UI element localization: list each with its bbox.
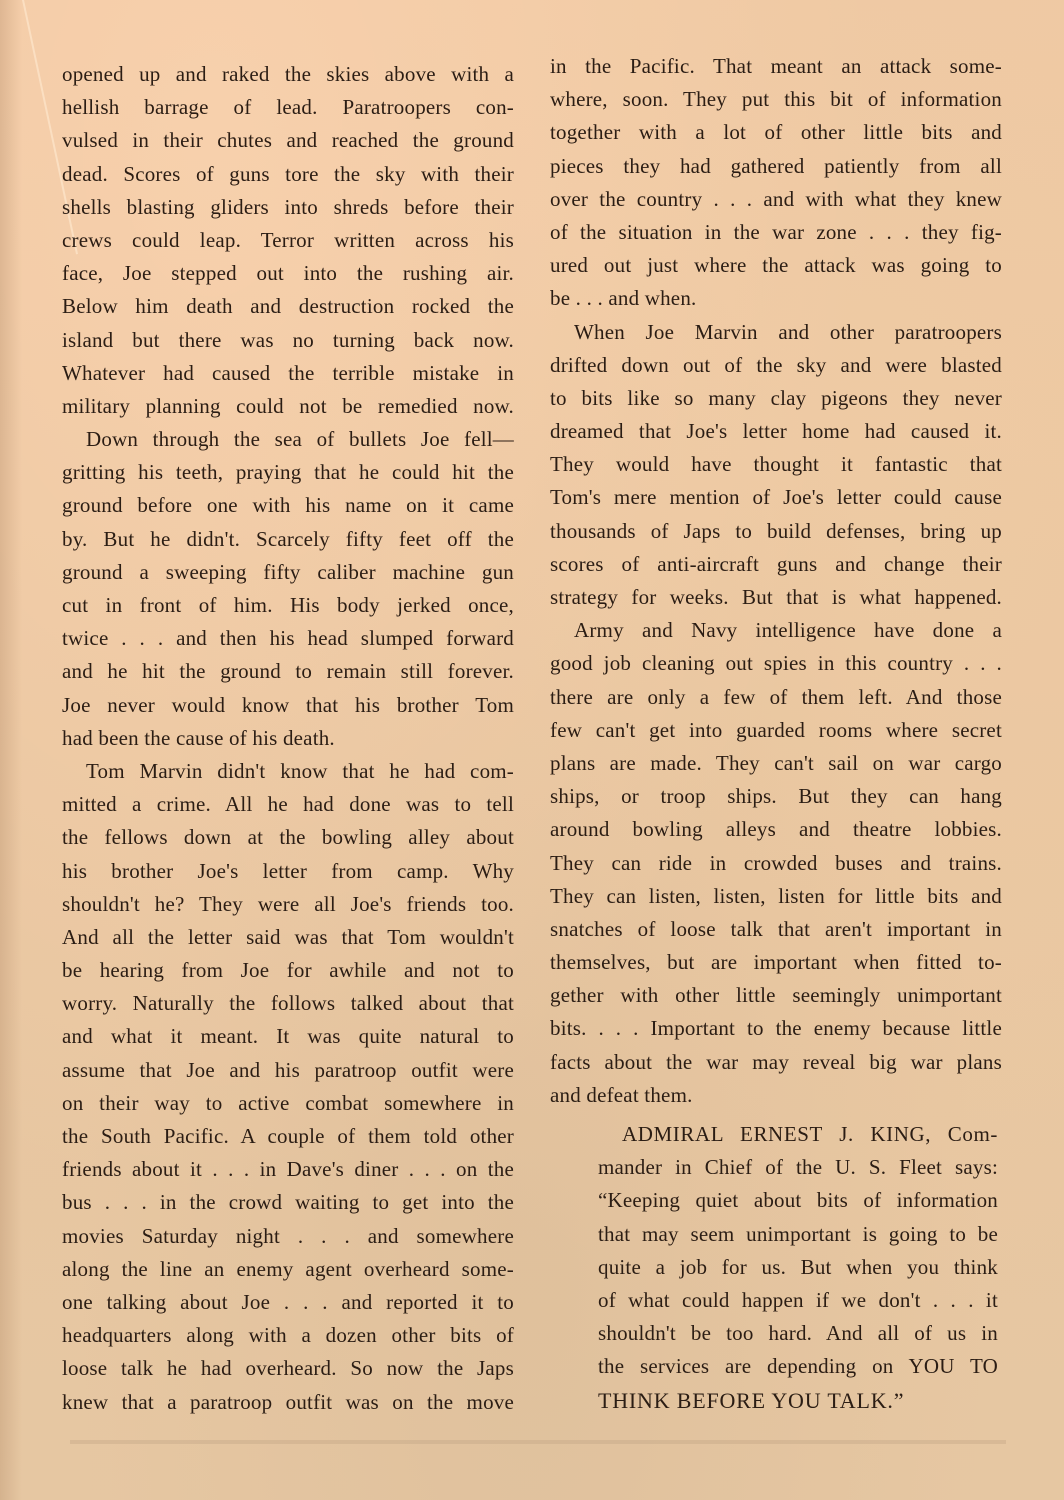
text-line: military planning could not be remedied … — [62, 390, 514, 423]
paragraph: When Joe Marvin and other paratroopers d… — [550, 316, 1002, 615]
quote-line: ADMIRAL ERNEST J. KING, Com- — [598, 1118, 998, 1151]
text-line: along the line an enemy agent overheard … — [62, 1253, 514, 1286]
text-line: mitted a crime. All he had done was to t… — [62, 788, 514, 821]
text-line: Tom Marvin didn't know that he had com- — [62, 755, 514, 788]
text-line: twice . . . and then his head slumped fo… — [62, 622, 514, 655]
text-line: by. But he didn't. Scarcely fifty feet o… — [62, 523, 514, 556]
text-line: there are only a few of them left. And t… — [550, 681, 1002, 714]
text-line: strategy for weeks. But that is what hap… — [550, 581, 1002, 614]
text-line: vulsed in their chutes and reached the g… — [62, 124, 514, 157]
text-line: to bits like so many clay pigeons they n… — [550, 382, 1002, 415]
text-line: be . . . and when. — [550, 282, 1002, 315]
quote-line: quite a job for us. But when you think — [598, 1251, 998, 1284]
text-line: plans are made. They can't sail on war c… — [550, 747, 1002, 780]
text-line: face, Joe stepped out into the rushing a… — [62, 257, 514, 290]
text-line: knew that a paratroop outfit was on the … — [62, 1386, 514, 1419]
text-line: and he hit the ground to remain still fo… — [62, 655, 514, 688]
text-line: in the Pacific. That meant an attack som… — [550, 50, 1002, 83]
text-line: and what it meant. It was quite natural … — [62, 1020, 514, 1053]
text-line: When Joe Marvin and other paratroopers — [550, 316, 1002, 349]
left-column: opened up and raked the skies above with… — [62, 58, 514, 1419]
text-line: one talking about Joe . . . and reported… — [62, 1286, 514, 1319]
text-line: good job cleaning out spies in this coun… — [550, 647, 1002, 680]
paragraph: Tom Marvin didn't know that he had com- … — [62, 755, 514, 1419]
text-line: ground a sweeping fifty caliber machine … — [62, 556, 514, 589]
paragraph: in the Pacific. That meant an attack som… — [550, 50, 1002, 316]
text-line: crews could leap. Terror written across … — [62, 224, 514, 257]
quote-line: mander in Chief of the U. S. Fleet says: — [598, 1151, 998, 1184]
text-line: shells blasting gliders into shreds befo… — [62, 191, 514, 224]
text-line: ground before one with his name on it ca… — [62, 489, 514, 522]
text-line: Joe never would know that his brother To… — [62, 689, 514, 722]
text-line: drifted down out of the sky and were bla… — [550, 349, 1002, 382]
paragraph: Down through the sea of bullets Joe fell… — [62, 423, 514, 755]
text-line: movies Saturday night . . . and somewher… — [62, 1220, 514, 1253]
text-line: headquarters along with a dozen other bi… — [62, 1319, 514, 1352]
text-line: his brother Joe's letter from camp. Why — [62, 855, 514, 888]
text-line: They would have thought it fantastic tha… — [550, 448, 1002, 481]
text-line: around bowling alleys and theatre lobbie… — [550, 813, 1002, 846]
paragraph: opened up and raked the skies above with… — [62, 58, 514, 423]
text-line: worry. Naturally the follows talked abou… — [62, 987, 514, 1020]
text-line: shouldn't he? They were all Joe's friend… — [62, 888, 514, 921]
text-line: island but there was no turning back now… — [62, 324, 514, 357]
right-column: in the Pacific. That meant an attack som… — [550, 50, 1002, 1417]
text-line: bits. . . . Important to the enemy becau… — [550, 1012, 1002, 1045]
text-line: ured out just where the attack was going… — [550, 249, 1002, 282]
text-line: the fellows down at the bowling alley ab… — [62, 821, 514, 854]
text-line: themselves, but are important when fitte… — [550, 946, 1002, 979]
quote-line: the services are depending on YOU TO — [598, 1350, 998, 1383]
page-edge-shadow — [0, 0, 22, 1500]
quote-line: shouldn't be too hard. And all of us in — [598, 1317, 998, 1350]
text-line: bus . . . in the crowd waiting to get in… — [62, 1186, 514, 1219]
paragraph: Army and Navy intelligence have done a g… — [550, 614, 1002, 1112]
text-line: opened up and raked the skies above with… — [62, 58, 514, 91]
text-line: loose talk he had overheard. So now the … — [62, 1352, 514, 1385]
text-line: few can't get into guarded rooms where s… — [550, 714, 1002, 747]
text-line: on their way to active combat somewhere … — [62, 1087, 514, 1120]
text-line: hellish barrage of lead. Paratroopers co… — [62, 91, 514, 124]
text-line: of the situation in the war zone . . . t… — [550, 216, 1002, 249]
text-line: Whatever had caused the terrible mistake… — [62, 357, 514, 390]
text-line: thousands of Japs to build defenses, bri… — [550, 515, 1002, 548]
quote-line: THINK BEFORE YOU TALK.” — [598, 1384, 998, 1417]
text-line: Army and Navy intelligence have done a — [550, 614, 1002, 647]
text-line: dreamed that Joe's letter home had cause… — [550, 415, 1002, 448]
text-line: the South Pacific. A couple of them told… — [62, 1120, 514, 1153]
text-line: They can ride in crowded buses and train… — [550, 847, 1002, 880]
text-line: snatches of loose talk that aren't impor… — [550, 913, 1002, 946]
text-line: cut in front of him. His body jerked onc… — [62, 589, 514, 622]
text-line: and defeat them. — [550, 1079, 1002, 1112]
text-line: gritting his teeth, praying that he coul… — [62, 456, 514, 489]
text-line: scores of anti-aircraft guns and change … — [550, 548, 1002, 581]
print-bleed-edge — [70, 1440, 1006, 1444]
text-line: had been the cause of his death. — [62, 722, 514, 755]
text-line: assume that Joe and his paratroop outfit… — [62, 1054, 514, 1087]
text-line: together with a lot of other little bits… — [550, 116, 1002, 149]
quote-line: that may seem unimportant is going to be — [598, 1218, 998, 1251]
text-line: Below him death and destruction rocked t… — [62, 290, 514, 323]
text-line: where, soon. They put this bit of inform… — [550, 83, 1002, 116]
admiral-king-quote: ADMIRAL ERNEST J. KING, Com- mander in C… — [598, 1118, 998, 1417]
text-line: ships, or troop ships. But they can hang — [550, 780, 1002, 813]
text-line: pieces they had gathered patiently from … — [550, 150, 1002, 183]
text-line: Down through the sea of bullets Joe fell… — [62, 423, 514, 456]
text-line: over the country . . . and with what the… — [550, 183, 1002, 216]
text-line: friends about it . . . in Dave's diner .… — [62, 1153, 514, 1186]
text-line: facts about the war may reveal big war p… — [550, 1046, 1002, 1079]
text-line: be hearing from Joe for awhile and not t… — [62, 954, 514, 987]
quote-line: of what could happen if we don't . . . i… — [598, 1284, 998, 1317]
text-line: And all the letter said was that Tom wou… — [62, 921, 514, 954]
text-line: They can listen, listen, listen for litt… — [550, 880, 1002, 913]
text-line: dead. Scores of guns tore the sky with t… — [62, 158, 514, 191]
quote-line: “Keeping quiet about bits of information — [598, 1184, 998, 1217]
text-line: gether with other little seemingly unimp… — [550, 979, 1002, 1012]
text-line: Tom's mere mention of Joe's letter could… — [550, 481, 1002, 514]
